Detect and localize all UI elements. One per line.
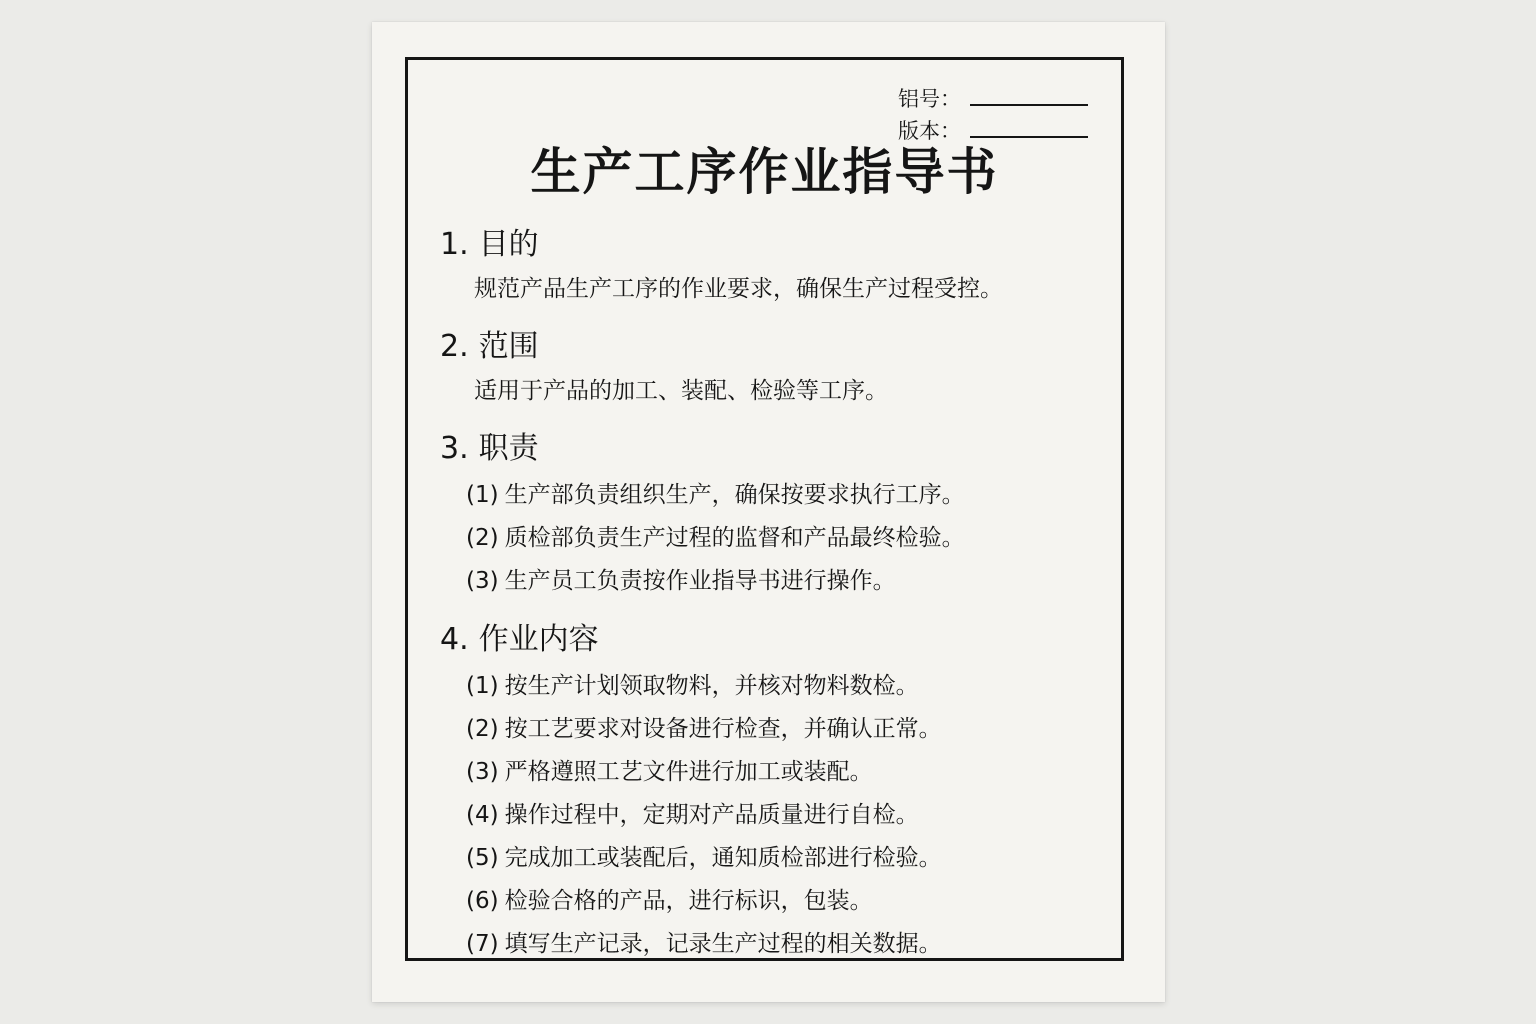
section-title: 目的: [479, 227, 539, 262]
section-heading: 4.作业内容: [440, 620, 1101, 660]
list-item: (1)按生产计划领取物料，并核对物料数检。: [440, 664, 1101, 707]
field-number: 铝号：: [898, 78, 1088, 110]
list-item: (3)严格遵照工艺文件进行加工或装配。: [440, 750, 1101, 793]
list-index: (3): [466, 756, 499, 788]
section-heading: 2.范围: [440, 327, 1101, 367]
section-title: 范围: [479, 329, 539, 364]
list-text: 生产员工负责按作业指导书进行操作。: [505, 565, 896, 597]
section-work-content: 4.作业内容 (1)按生产计划领取物料，并核对物料数检。 (2)按工艺要求对设备…: [440, 620, 1101, 965]
document-sheet: 铝号： 版本： 生产工序作业指导书 1.目的 规范产品生产工序的作业要求，确保生…: [372, 22, 1165, 1002]
list: (1)生产部负责组织生产，确保按要求执行工序。 (2)质检部负责生产过程的监督和…: [440, 473, 1101, 602]
section-paragraph: 适用于产品的加工、装配、检验等工序。: [440, 375, 1101, 407]
list-item: (2)按工艺要求对设备进行检查，并确认正常。: [440, 707, 1101, 750]
section-paragraph: 规范产品生产工序的作业要求，确保生产过程受控。: [440, 273, 1101, 305]
field-version-label: 版本：: [898, 121, 970, 142]
list-index: (2): [466, 522, 499, 554]
section-number: 1.: [440, 227, 469, 262]
list-item: (2)质检部负责生产过程的监督和产品最终检验。: [440, 516, 1101, 559]
list-index: (2): [466, 713, 499, 745]
section-number: 3.: [440, 431, 469, 466]
field-number-label: 铝号：: [898, 89, 970, 110]
list-index: (6): [466, 885, 499, 917]
list: (1)按生产计划领取物料，并核对物料数检。 (2)按工艺要求对设备进行检查，并确…: [440, 664, 1101, 965]
section-number: 2.: [440, 329, 469, 364]
section-heading: 3.职责: [440, 429, 1101, 469]
list-index: (3): [466, 565, 499, 597]
list-item: (4)操作过程中，定期对产品质量进行自检。: [440, 793, 1101, 836]
document-title: 生产工序作业指导书: [408, 142, 1121, 202]
section-number: 4.: [440, 622, 469, 657]
list-item: (1)生产部负责组织生产，确保按要求执行工序。: [440, 473, 1101, 516]
list-text: 完成加工或装配后，通知质检部进行检验。: [505, 842, 942, 874]
document-border-frame: 铝号： 版本： 生产工序作业指导书 1.目的 规范产品生产工序的作业要求，确保生…: [405, 57, 1124, 961]
list-text: 质检部负责生产过程的监督和产品最终检验。: [505, 522, 965, 554]
document-body: 1.目的 规范产品生产工序的作业要求，确保生产过程受控。 2.范围 适用于产品的…: [440, 225, 1101, 965]
field-version: 版本：: [898, 110, 1088, 142]
section-title: 职责: [479, 431, 539, 466]
header-fields: 铝号： 版本：: [898, 78, 1088, 142]
list-index: (1): [466, 670, 499, 702]
field-number-blank: [970, 103, 1088, 106]
list-text: 操作过程中，定期对产品质量进行自检。: [505, 799, 919, 831]
list-item: (5)完成加工或装配后，通知质检部进行检验。: [440, 836, 1101, 879]
field-version-blank: [970, 135, 1088, 138]
list-text: 严格遵照工艺文件进行加工或装配。: [505, 756, 873, 788]
list-index: (7): [466, 928, 499, 960]
section-title: 作业内容: [479, 622, 599, 657]
list-item: (6)检验合格的产品，进行标识，包装。: [440, 879, 1101, 922]
section-responsibilities: 3.职责 (1)生产部负责组织生产，确保按要求执行工序。 (2)质检部负责生产过…: [440, 429, 1101, 602]
list-text: 检验合格的产品，进行标识，包装。: [505, 885, 873, 917]
section-purpose: 1.目的 规范产品生产工序的作业要求，确保生产过程受控。: [440, 225, 1101, 305]
section-scope: 2.范围 适用于产品的加工、装配、检验等工序。: [440, 327, 1101, 407]
section-heading: 1.目的: [440, 225, 1101, 265]
list-index: (4): [466, 799, 499, 831]
list-index: (5): [466, 842, 499, 874]
list-text: 按工艺要求对设备进行检查，并确认正常。: [505, 713, 942, 745]
list-item: (3)生产员工负责按作业指导书进行操作。: [440, 559, 1101, 602]
list-text: 生产部负责组织生产，确保按要求执行工序。: [505, 479, 965, 511]
list-text: 按生产计划领取物料，并核对物料数检。: [505, 670, 919, 702]
list-index: (1): [466, 479, 499, 511]
list-item: (7)填写生产记录，记录生产过程的相关数据。: [440, 922, 1101, 965]
list-text: 填写生产记录，记录生产过程的相关数据。: [505, 928, 942, 960]
